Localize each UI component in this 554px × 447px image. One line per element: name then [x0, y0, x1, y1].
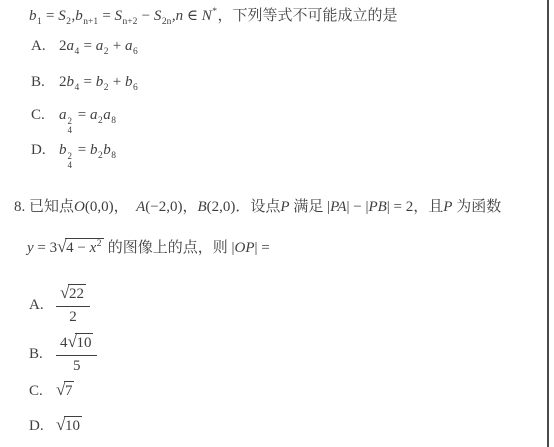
q8-option-d-formula: √10: [56, 416, 82, 436]
q7-option-b: B. 2b4 = b2 + b6: [31, 72, 138, 98]
q7-option-a-label: A.: [31, 36, 59, 56]
q8-option-b-label: B.: [29, 345, 56, 364]
q7-option-a: A. 2a4 = a2 + a6: [31, 36, 138, 62]
q7-option-c-formula: a24 = a2a8: [59, 105, 116, 135]
question8-stem-line2: y = 3√4 − x2 的图像上的点，则 |OP| =: [27, 238, 270, 258]
q8-option-b-formula: 4√105: [56, 333, 97, 376]
question7-stem: b1 = S2,bn+1 = Sn+2 − S2n,n ∈ N*，下列等式不可能…: [29, 2, 398, 32]
q7-option-b-formula: 2b4 = b2 + b6: [59, 72, 138, 98]
q7-option-d-formula: b24 = b2b8: [59, 140, 116, 170]
q7-option-b-label: B.: [31, 72, 59, 92]
q7-option-c-label: C.: [31, 105, 59, 125]
q8-option-d-label: D.: [29, 416, 56, 436]
q8-option-c: C. √7: [29, 381, 74, 401]
q8-option-a-label: A.: [29, 296, 56, 315]
q7-option-a-formula: 2a4 = a2 + a6: [59, 36, 138, 62]
q8-option-c-formula: √7: [56, 381, 74, 401]
q8-option-c-label: C.: [29, 381, 56, 401]
q7-option-d-label: D.: [31, 140, 59, 160]
page-right-rule: [547, 0, 549, 447]
q8-option-d: D. √10: [29, 416, 82, 436]
exam-page: b1 = S2,bn+1 = Sn+2 − S2n,n ∈ N*，下列等式不可能…: [0, 0, 554, 447]
q8-option-a-formula: √222: [56, 284, 90, 327]
q7-option-c: C. a24 = a2a8: [31, 105, 116, 135]
question8-stem-line1: 8. 已知点O(0,0)， A(−2,0)，B(2,0)．设点P 满足 |PA|…: [14, 197, 501, 217]
q8-option-b: B. 4√105: [29, 333, 97, 376]
q8-option-a: A. √222: [29, 284, 90, 327]
q7-option-d: D. b24 = b2b8: [31, 140, 116, 170]
